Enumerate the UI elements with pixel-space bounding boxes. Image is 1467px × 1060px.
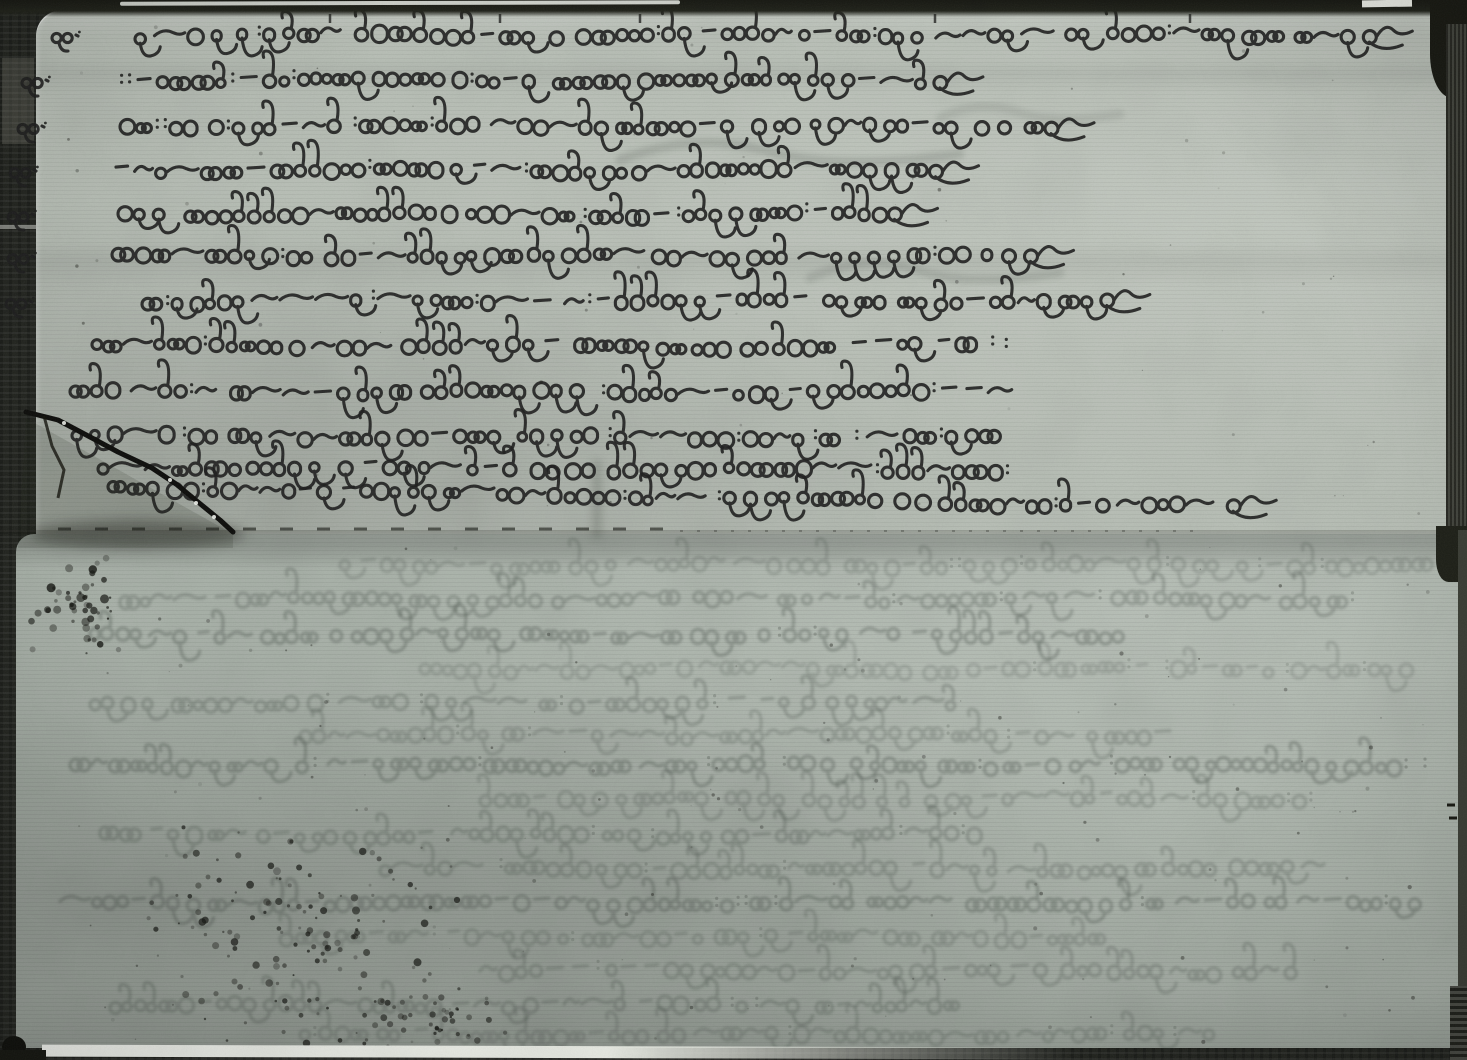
handwriting-lines — [6, 3, 1412, 520]
ghost-text-lines — [60, 538, 1432, 1052]
bottom-left-dark-corner — [0, 1050, 46, 1060]
top-right-edge-highlight — [1362, 0, 1412, 7]
manuscript-photo — [0, 0, 1467, 1060]
right-backing-strip-middle — [1458, 530, 1467, 990]
right-backing-strip-upper — [1446, 24, 1467, 532]
manuscript-ink-svg — [0, 0, 1467, 1060]
right-backing-strip-lower — [1450, 986, 1467, 1060]
